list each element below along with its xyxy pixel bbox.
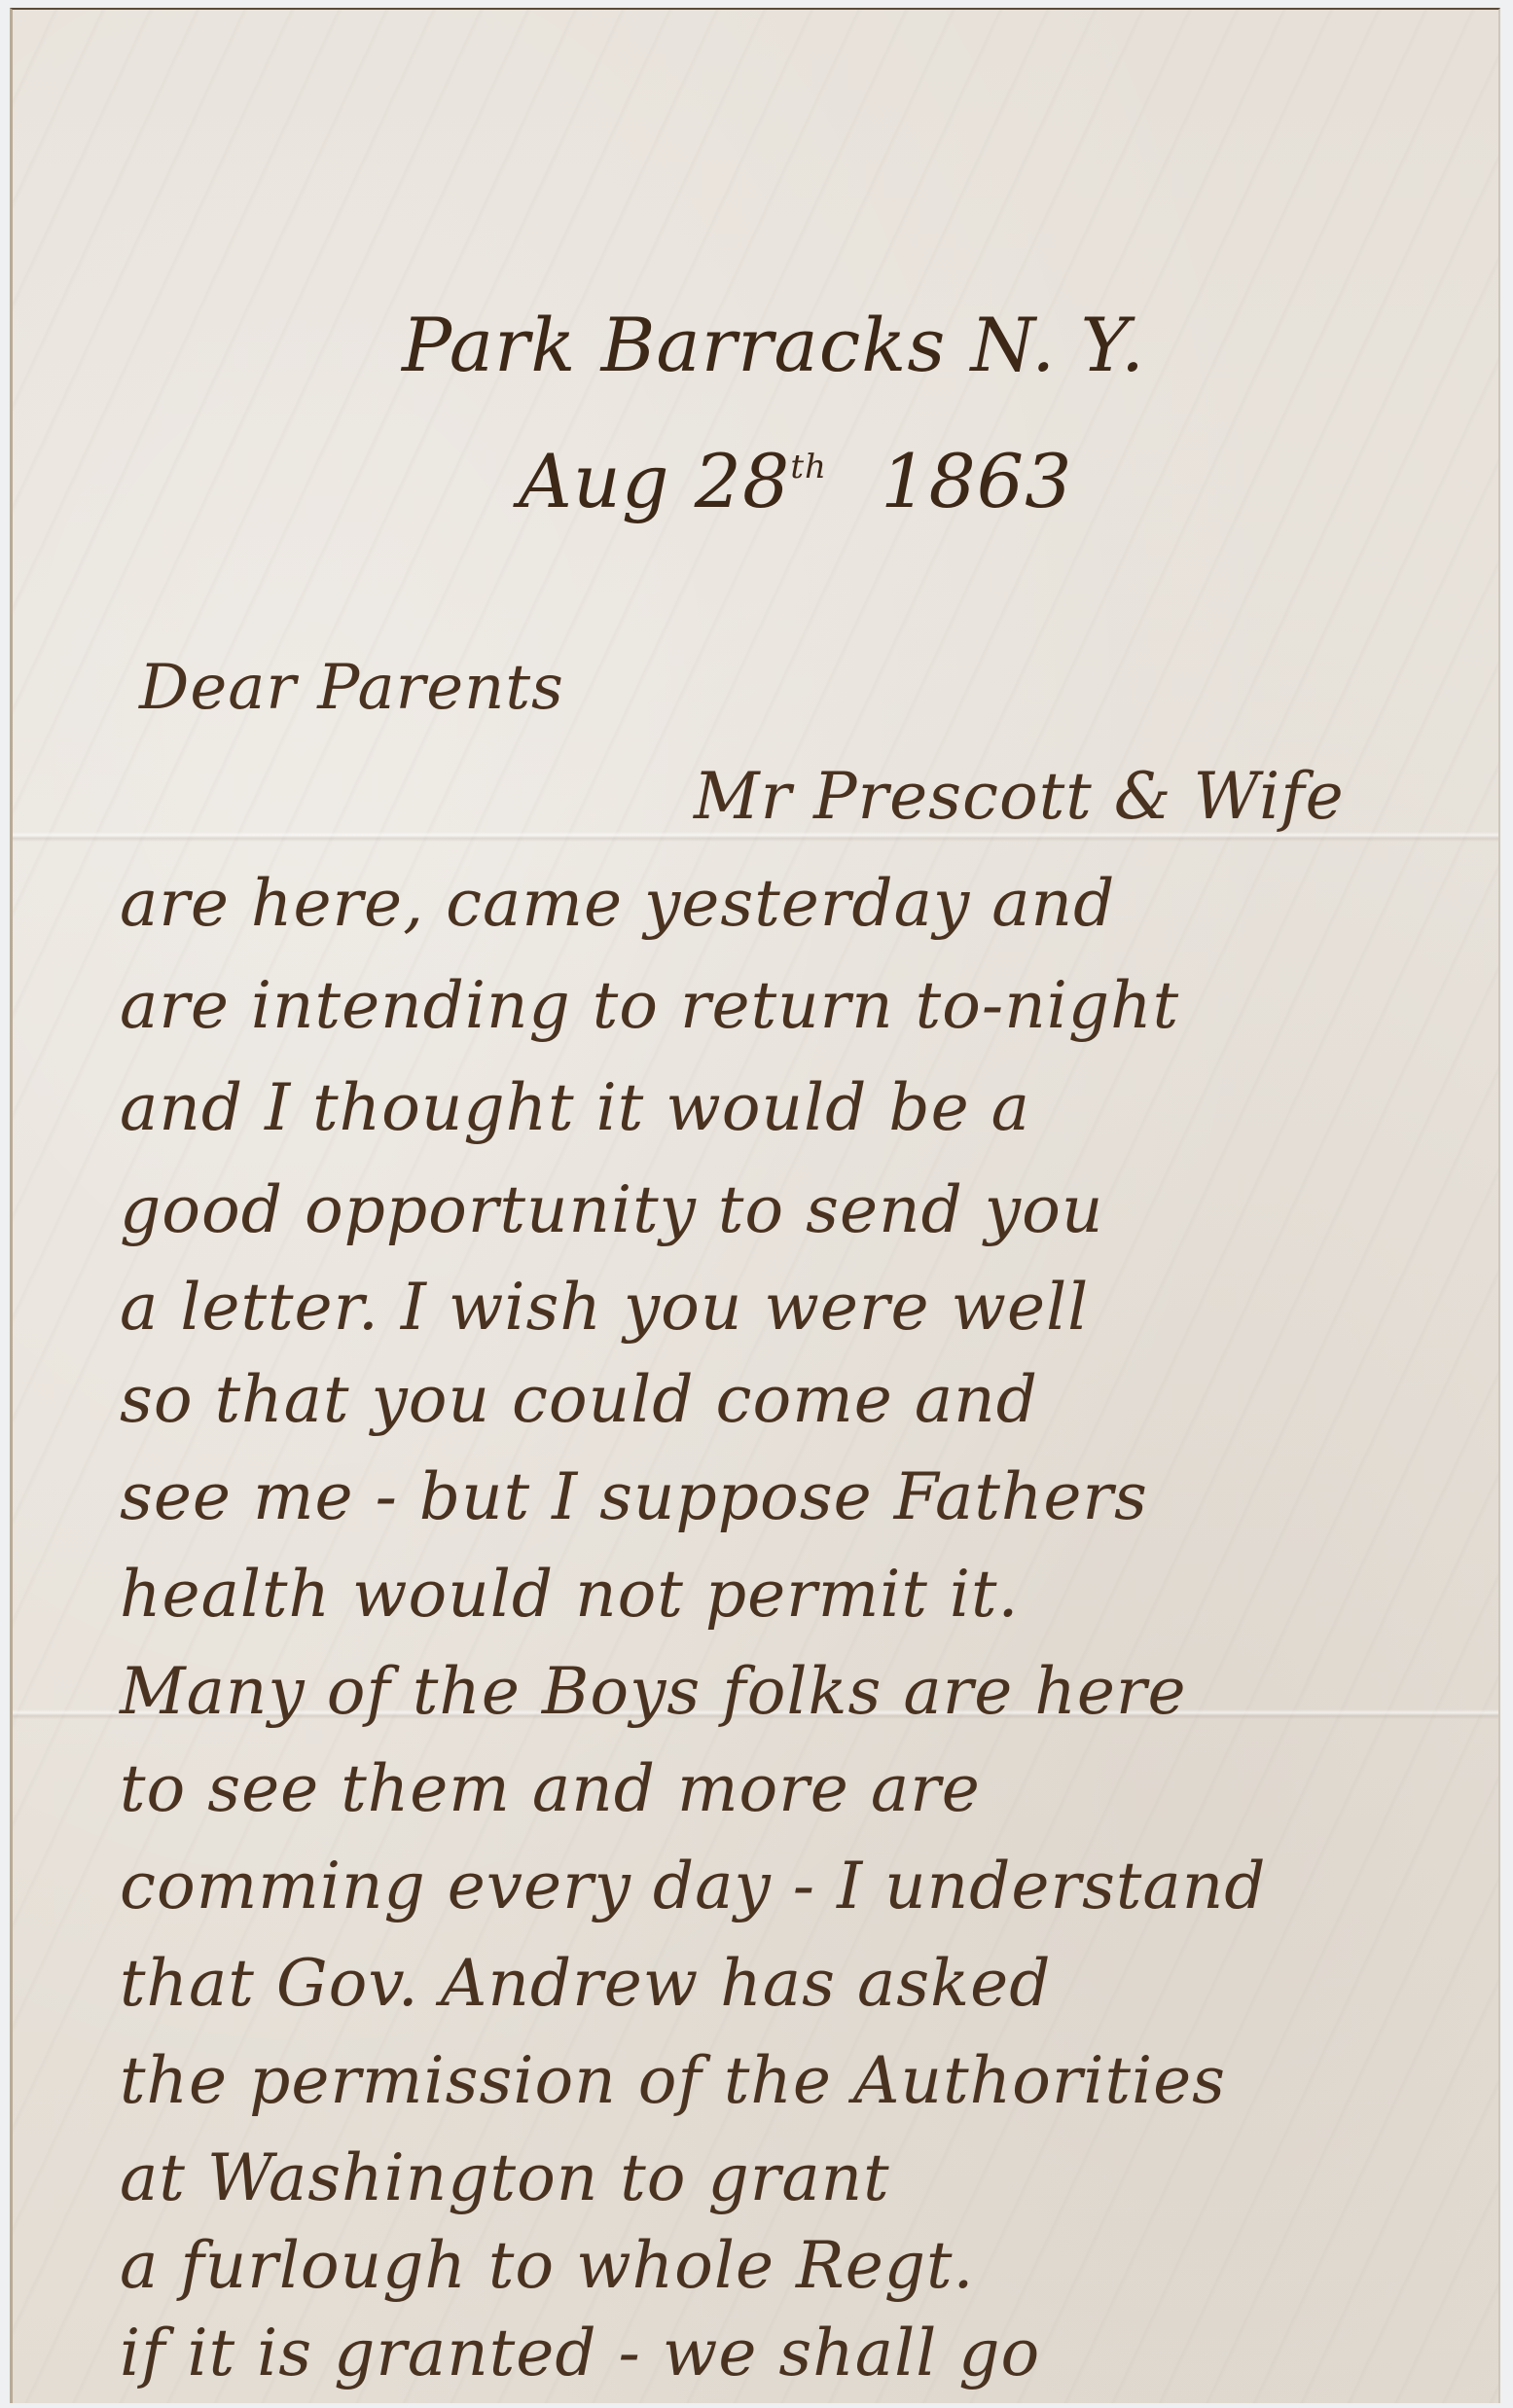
letter-line: Many of the Boys folks are here [120,1654,1187,1729]
letter-line: are here, came yesterday and [120,866,1115,941]
date-year: 1863 [881,438,1072,524]
letter-line: see me - but I suppose Fathers [120,1459,1148,1534]
letter-line: health would not permit it. [120,1557,1020,1632]
letter-salutation: Dear Parents [139,652,564,724]
date-month-day: Aug 28 [519,438,790,524]
date-suffix: th [790,448,827,486]
letter-line: Mr Prescott & Wife [694,759,1345,834]
letter-line: comming every day - I understand [120,1849,1267,1923]
letter-page: Park Barracks N. Y. Aug 28th 1863 Dear P… [10,8,1500,2403]
letter-line: the permission of the Authorities [120,2043,1226,2118]
letter-line: good opportunity to send you [120,1172,1103,1247]
letter-line: that Gov. Andrew has asked [120,1946,1051,2021]
letter-line: a letter. I wish you were well [120,1270,1089,1345]
letter-heading-date: Aug 28th 1863 [519,438,1073,524]
letter-line: and I thought it would be a [120,1070,1030,1145]
letter-line: so that you could come and [120,1362,1038,1437]
letter-line: a furlough to whole Regt. [120,2228,975,2303]
letter-heading-place: Park Barracks N. Y. [402,302,1145,388]
letter-line: to see them and more are [120,1751,981,1826]
letter-line: at Washington to grant [120,2140,890,2215]
letter-line: if it is granted - we shall go [120,2316,1040,2390]
letter-line: are intending to return to-night [120,968,1179,1043]
